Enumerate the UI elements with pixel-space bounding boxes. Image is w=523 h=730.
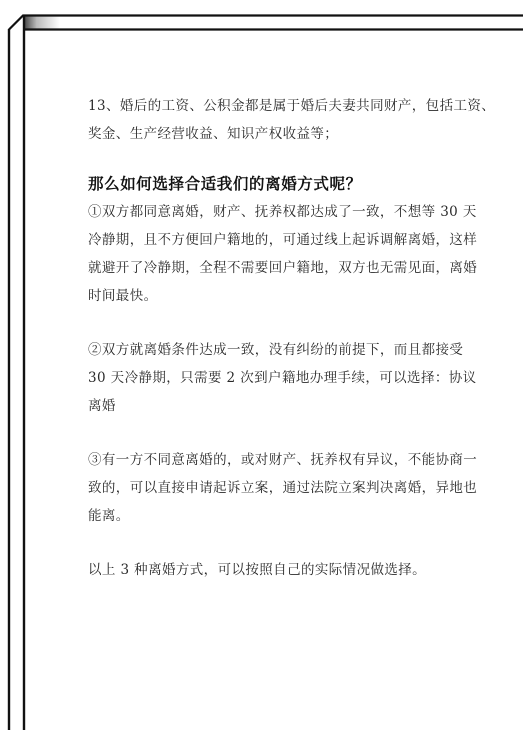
text-line: 30 天冷静期，只需要 2 次到户籍地办理手续，可以选择：协议 [88,370,477,386]
option-1-paragraph: ①双方都同意离婚，财产、抚养权都达成了一致，不想等 30 天 冷静期，且不方便回… [88,198,508,310]
section-heading: 那么如何选择合适我们的离婚方式呢？ [88,170,508,198]
text-line: 致的，可以直接申请起诉立案，通过法院立案判决离婚，异地也 [88,480,477,496]
text-line: 时间最快。 [88,288,158,304]
text-line: ②双方就离婚条件达成一致，没有纠纷的前提下，而且都接受 [88,342,463,358]
text-line: 离婚 [88,398,116,414]
text-line: ①双方都同意离婚，财产、抚养权都达成了一致，不想等 30 天 [88,204,477,220]
paragraph-13: 13、婚后的工资、公积金都是属于婚后夫妻共同财产，包括工资、 奖金、生产经营收益… [88,92,508,148]
option-3-paragraph: ③有一方不同意离婚的，或对财产、抚养权有异议，不能协商一 致的，可以直接申请起诉… [88,446,508,530]
text-line: 奖金、生产经营收益、知识产权收益等； [88,126,338,142]
text-line: 能离。 [88,508,130,524]
text-line: 以上 3 种离婚方式，可以按照自己的实际情况做选择。 [88,562,426,578]
corner-shade [24,16,60,29]
text-line: 就避开了冷静期，全程不需要回户籍地，双方也无需见面，离婚 [88,260,477,276]
summary-paragraph: 以上 3 种离婚方式，可以按照自己的实际情况做选择。 [88,556,508,584]
text-line: ③有一方不同意离婚的，或对财产、抚养权有异议，不能协商一 [88,452,477,468]
text-line: 冷静期，且不方便回户籍地的，可通过线上起诉调解离婚，这样 [88,232,477,248]
document-body: 13、婚后的工资、公积金都是属于婚后夫妻共同财产，包括工资、 奖金、生产经营收益… [88,92,508,584]
option-2-paragraph: ②双方就离婚条件达成一致，没有纠纷的前提下，而且都接受 30 天冷静期，只需要 … [88,336,508,420]
text-line: 13、婚后的工资、公积金都是属于婚后夫妻共同财产，包括工资、 [88,98,495,114]
